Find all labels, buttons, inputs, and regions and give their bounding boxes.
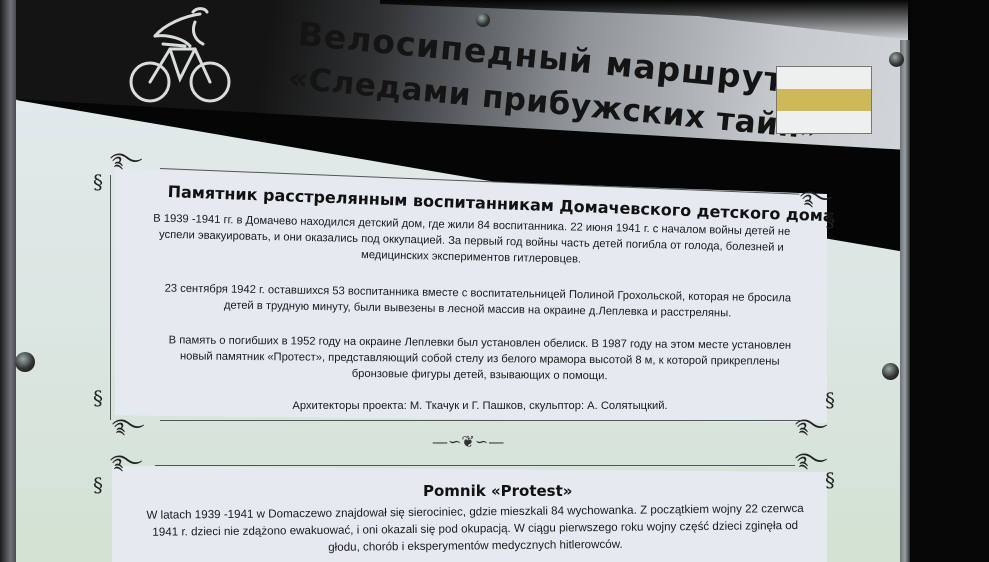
russian-credits: Архитекторы проекта: М. Ткачук и Г. Пашк… [130, 398, 830, 414]
flag-stripe-middle [777, 89, 871, 111]
ornament-corner-icon: § [93, 475, 103, 495]
flourish-divider-icon: —∽❦∽— [432, 432, 504, 451]
ornament-corner-icon: ࿐ [110, 452, 142, 472]
flag-stripe-bottom [777, 111, 871, 133]
screw-top [476, 13, 490, 27]
ornament-corner-icon: ࿐ [110, 150, 142, 170]
ornament-corner-icon: ࿐ [795, 450, 827, 470]
polish-section-title: Pomnik «Protest» [423, 482, 572, 500]
screw-top-right [889, 52, 904, 67]
text-line: Архитекторы проекта: М. Ткачук и Г. Пашк… [130, 398, 830, 414]
flag-stripe-top [777, 67, 871, 89]
ornament-corner-icon: § [825, 470, 835, 490]
card-border-top [155, 465, 795, 466]
russian-paragraph-3: В память о погибших в 1952 году на окраи… [130, 332, 830, 386]
cyclist-icon [125, 4, 235, 104]
board-frame-left [0, 0, 18, 562]
dark-background [910, 0, 989, 562]
ornament-corner-icon: ࿐ [112, 416, 144, 436]
ornament-corner-icon: ࿐ [795, 416, 827, 436]
card-border-bottom [160, 420, 800, 421]
screw-left [15, 352, 35, 372]
board-frame-right [900, 40, 910, 562]
route-marker-flag [776, 66, 872, 134]
ornament-corner-icon: § [93, 388, 103, 408]
ornament-corner-icon: § [93, 172, 103, 192]
screw-right [882, 363, 899, 380]
polish-paragraph-1: W latach 1939 -1941 w Domaczewo znajdowa… [125, 500, 825, 558]
card-border-left [110, 175, 111, 420]
